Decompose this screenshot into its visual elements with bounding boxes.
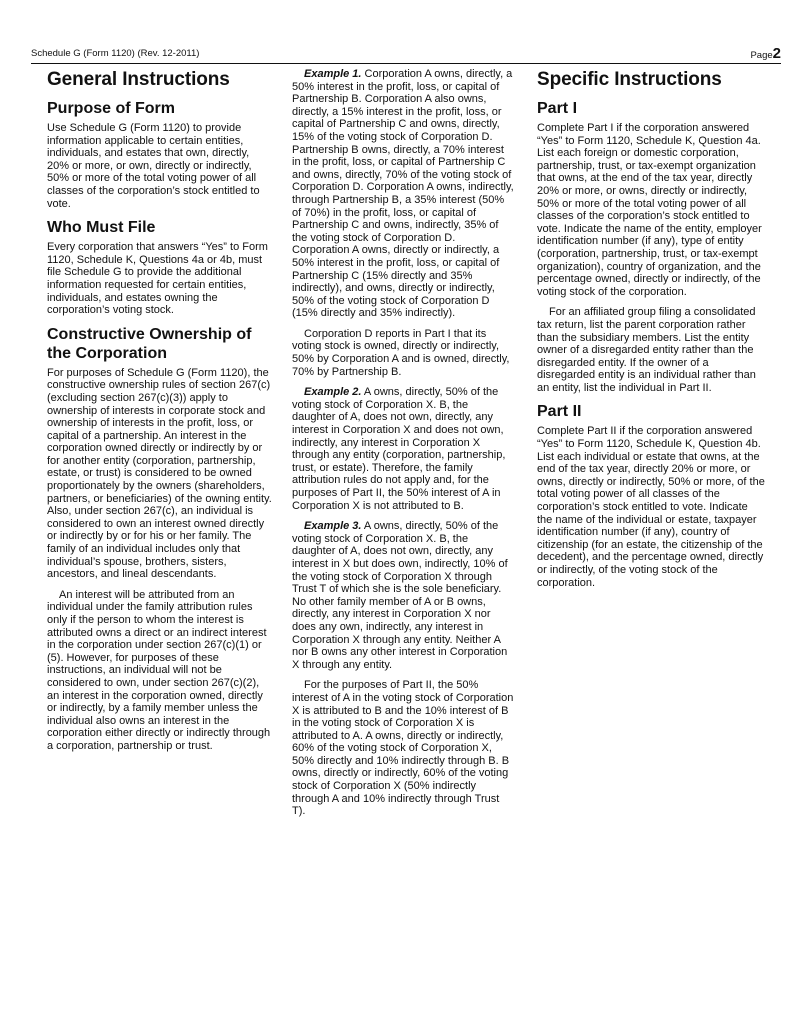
example-1-followup: Corporation D reports in Part I that its… (292, 328, 514, 378)
constructive-ownership-heading: Constructive Ownership of the Corporatio… (47, 325, 272, 363)
example-1-text: Corporation A owns, directly, a 50% inte… (292, 68, 514, 319)
part-2-heading: Part II (537, 402, 765, 421)
constructive-ownership-para-1: For purposes of Schedule G (Form 1120), … (47, 367, 272, 581)
form-title: Schedule G (Form 1120) (Rev. 12-2011) (31, 48, 199, 59)
purpose-of-form-text: Use Schedule G (Form 1120) to provide in… (47, 122, 272, 210)
specific-instructions-title: Specific Instructions (537, 68, 765, 91)
purpose-of-form-heading: Purpose of Form (47, 99, 272, 118)
example-3-text: A owns, directly, 50% of the voting stoc… (292, 520, 508, 671)
example-2: Example 2. A owns, directly, 50% of the … (292, 386, 514, 512)
part-1-para-1: Complete Part I if the corporation answe… (537, 122, 765, 298)
who-must-file-heading: Who Must File (47, 218, 272, 237)
column-general-instructions: General Instructions Purpose of Form Use… (47, 68, 272, 761)
example-2-label: Example 2. (304, 386, 361, 398)
page-number: 2 (773, 45, 781, 62)
column-specific-instructions: Specific Instructions Part I Complete Pa… (537, 68, 765, 597)
example-3-label: Example 3. (304, 520, 361, 532)
part-2-para-1: Complete Part II if the corporation answ… (537, 425, 765, 589)
part-1-heading: Part I (537, 99, 765, 118)
page-header: Schedule G (Form 1120) (Rev. 12-2011) Pa… (31, 47, 781, 64)
example-2-text: A owns, directly, 50% of the voting stoc… (292, 386, 505, 511)
column-examples: Example 1. Corporation A owns, directly,… (292, 68, 514, 826)
page-indicator: Page2 (750, 45, 781, 62)
constructive-ownership-para-2: An interest will be attributed from an i… (47, 589, 272, 753)
example-1-label: Example 1. (304, 68, 361, 80)
part-1-para-2: For an affiliated group filing a consoli… (537, 306, 765, 394)
general-instructions-title: General Instructions (47, 68, 272, 91)
example-3-followup: For the purposes of Part II, the 50% int… (292, 679, 514, 818)
example-1: Example 1. Corporation A owns, directly,… (292, 68, 514, 320)
example-3: Example 3. A owns, directly, 50% of the … (292, 520, 514, 671)
page-label: Page (750, 50, 772, 61)
who-must-file-text: Every corporation that answers “Yes” to … (47, 241, 272, 317)
